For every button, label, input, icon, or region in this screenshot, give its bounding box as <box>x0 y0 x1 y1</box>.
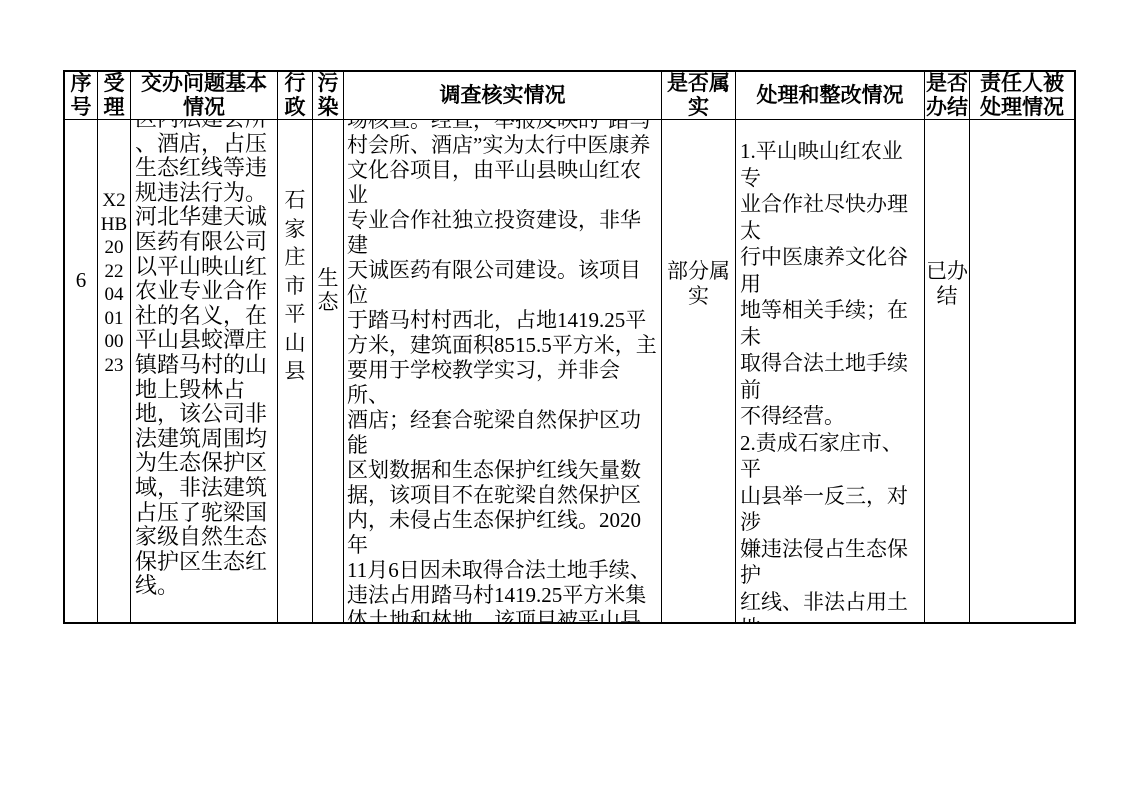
administrative-region-value: 石家庄市平山县 <box>284 186 307 386</box>
cell-accountability <box>969 120 1074 622</box>
header-is-true: 是否属实 <box>661 72 735 120</box>
header-problem-overview: 交办问题基本情况 <box>130 72 277 120</box>
document-page: 序号 受理 交办问题基本情况 行政 污染 调查核实情况 是否属实 处理和整改情况… <box>0 0 1122 793</box>
pollution-type-value: 生态 <box>317 266 340 314</box>
cell-verification: 场核查。经查，举报反映的“踏马 村会所、酒店”实为太行中医康养 文化谷项目，由平… <box>343 120 661 622</box>
header-acceptance: 受理 <box>97 72 130 120</box>
header-pollution: 污染 <box>312 72 343 120</box>
cell-pollution-type: 生态 <box>312 120 343 622</box>
header-acceptance-label: 受理 <box>98 72 130 120</box>
header-pollution-label: 污染 <box>313 72 343 120</box>
verification-text: 场核查。经查，举报反映的“踏马 村会所、酒店”实为太行中医康养 文化谷项目，由平… <box>344 120 661 622</box>
acceptance-number-value: X2 HB 20 22 04 01 00 23 <box>98 189 130 377</box>
problem-overview-text: 区内私建会所 、酒店，占压 生态红线等违 规违法行为。 河北华建天诚 医药有限公… <box>131 120 277 599</box>
header-verification: 调查核实情况 <box>343 72 661 120</box>
cell-acceptance-number: X2 HB 20 22 04 01 00 23 <box>97 120 130 622</box>
cell-administrative-region: 石家庄市平山县 <box>277 120 312 622</box>
header-is-true-label: 是否属实 <box>665 72 733 120</box>
cell-is-true: 部分属实 <box>661 120 735 622</box>
cell-problem-overview: 区内私建会所 、酒店，占压 生态红线等违 规违法行为。 河北华建天诚 医药有限公… <box>130 120 277 622</box>
header-handling-rectification-label: 处理和整改情况 <box>757 84 904 108</box>
cell-serial-number: 6 <box>65 120 97 622</box>
header-verification-label: 调查核实情况 <box>440 84 566 108</box>
header-administrative: 行政 <box>277 72 312 120</box>
handling-rectification-text: 1.平山映山红农业专 业合作社尽快办理太 行中医康养文化谷用 地等相关手续；在未… <box>736 138 924 622</box>
header-serial-number: 序号 <box>65 72 97 120</box>
cell-is-closed: 已办结 <box>924 120 969 622</box>
is-closed-value: 已办结 <box>925 259 969 309</box>
header-is-closed: 是否办结 <box>924 72 969 120</box>
header-is-closed-label: 是否办结 <box>925 72 969 120</box>
is-true-value: 部分属实 <box>662 259 735 309</box>
header-accountability-label: 责任人被处理情况 <box>977 72 1067 120</box>
header-accountability: 责任人被处理情况 <box>969 72 1074 120</box>
cell-handling-rectification: 1.平山映山红农业专 业合作社尽快办理太 行中医康养文化谷用 地等相关手续；在未… <box>735 120 924 622</box>
header-problem-overview-label: 交办问题基本情况 <box>138 72 270 120</box>
header-serial-number-label: 序号 <box>65 72 97 120</box>
report-table: 序号 受理 交办问题基本情况 行政 污染 调查核实情况 是否属实 处理和整改情况… <box>63 70 1076 624</box>
serial-number-value: 6 <box>65 268 97 293</box>
header-administrative-label: 行政 <box>278 72 312 120</box>
header-handling-rectification: 处理和整改情况 <box>735 72 924 120</box>
